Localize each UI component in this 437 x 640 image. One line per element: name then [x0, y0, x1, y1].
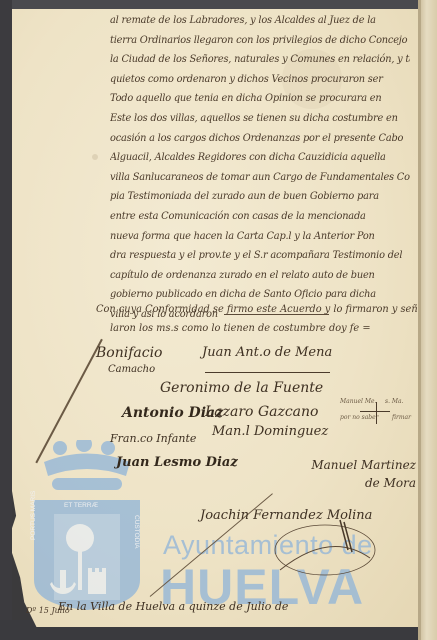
body-line: Todo aquello que tenia en dicha Opinion … — [110, 89, 410, 109]
signature-rule — [205, 372, 330, 373]
signature-manuel-martinez: Manuel Martinez de Mora — [296, 456, 416, 492]
ink-stain — [92, 154, 98, 160]
signature-francisco: Fran.co Infante — [110, 432, 196, 445]
bottom-text-line: En la Villa de Huelva a quinze de Julio … — [58, 600, 288, 613]
body-line: Alguacil, Alcaldes Regidores con dicha C… — [110, 148, 410, 168]
signature-geronimo: Geronimo de la Fuente — [160, 380, 323, 396]
body-line: villa Sanlucaraneos de tomar aun Cargo d… — [110, 168, 410, 188]
next-page-edge — [420, 0, 437, 640]
signature-manuel-dominguez: Man.l Dominguez — [212, 424, 328, 439]
body-line: dra respuesta y el prov.te y el S.r acom… — [110, 246, 410, 266]
cross-note: firmar — [392, 414, 411, 421]
signature-bonifacio: Bonifacio — [96, 345, 163, 361]
crest-motto-top: ET TERRÆ — [64, 502, 98, 509]
cross-note: Manuel Me. — [340, 398, 376, 405]
signature-lazaro: Lazaro Gazcano — [205, 404, 318, 420]
signature-juan-antonio: Juan Ant.o de Mena — [202, 345, 332, 360]
crest-motto-left: PORTUS MARIS — [30, 491, 37, 540]
body-line: la Ciudad de los Señores, naturales y Co… — [110, 50, 410, 70]
page-fold — [418, 0, 421, 640]
body-line: entre esta Comunicación con casas de la … — [110, 207, 410, 227]
body-line: quietos como ordenaron y dichos Vecinos … — [110, 70, 410, 90]
body-line: tierra Ordinarios llegaron con los privi… — [110, 31, 410, 51]
closing-paragraph: Con cuya Conformidad se firmo este Acuer… — [96, 300, 416, 338]
rubric-flourish — [270, 510, 380, 590]
cross-mark-vertical — [376, 402, 377, 424]
scan-left-border — [0, 0, 12, 640]
body-line: al remate de los Labradores, y los Alcal… — [110, 11, 410, 31]
signature-juan-lesmo: Juan Lesmo Diaz — [116, 455, 238, 470]
cross-mark-horizontal — [360, 411, 390, 412]
body-line: pia Testimoniada del zurado aun de buen … — [110, 187, 410, 207]
manuscript-body: al remate de los Labradores, y los Alcal… — [110, 11, 410, 325]
body-line: Este los dos villas, aquellos se tienen … — [110, 109, 410, 129]
closing-line: Con cuya Conformidad se firmo este Acuer… — [96, 300, 416, 319]
body-line: nueva forma que hacen la Carta Cap.l y l… — [110, 227, 410, 247]
body-line: ocasión a los cargos dichos Ordenanzas p… — [110, 129, 410, 149]
cross-note: s. Ma. — [385, 398, 404, 405]
crest-motto-right: CUSTODIA — [133, 515, 140, 548]
signature-bonifacio-surname: Camacho — [108, 364, 155, 375]
scan-top-border — [0, 0, 437, 10]
closing-line: laron los ms.s como lo tienen de costumb… — [96, 319, 416, 338]
body-line: capítulo de ordenanza zurado en el relat… — [110, 266, 410, 286]
cross-note: por no saber — [340, 414, 379, 421]
